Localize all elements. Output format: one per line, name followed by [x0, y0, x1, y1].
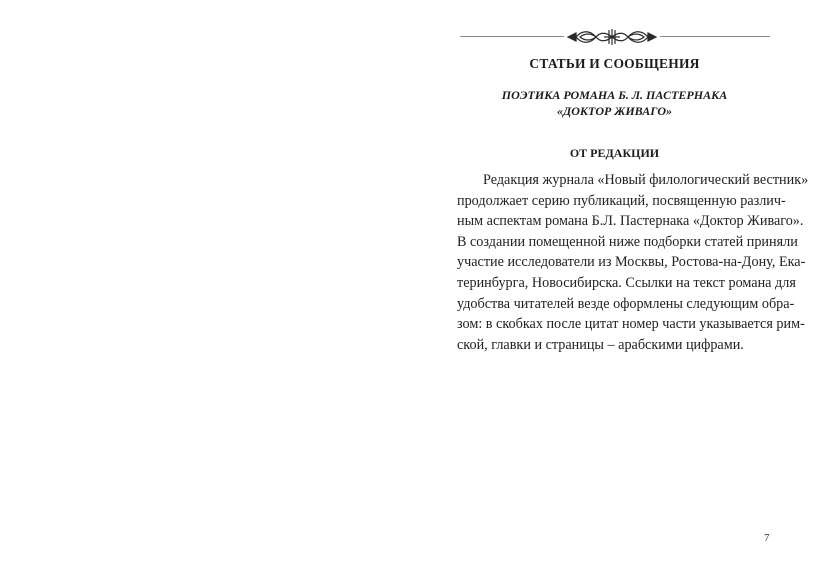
paragraph-line: продолжает серию публикаций, посвященную…	[457, 191, 770, 212]
paragraph-line: Редакция журнала «Новый филологический в…	[457, 170, 770, 191]
left-page-blank	[0, 0, 410, 582]
editorial-paragraph: Редакция журнала «Новый филологический в…	[457, 170, 770, 355]
right-page: СТАТЬИ И СООБЩЕНИЯ ПОЭТИКА РОМАНА Б. Л. …	[410, 0, 820, 582]
paragraph-line: зом: в скобках после цитат номер части у…	[457, 314, 770, 335]
book-spread: СТАТЬИ И СООБЩЕНИЯ ПОЭТИКА РОМАНА Б. Л. …	[0, 0, 820, 582]
article-title: ПОЭТИКА РОМАНА Б. Л. ПАСТЕРНАКА «ДОКТОР …	[457, 87, 772, 119]
article-title-line-1: ПОЭТИКА РОМАНА Б. Л. ПАСТЕРНАКА	[457, 87, 772, 103]
paragraph-line: ным аспектам романа Б.Л. Пастернака «Док…	[457, 211, 770, 232]
section-title: СТАТЬИ И СООБЩЕНИЯ	[457, 56, 772, 72]
ornament-divider-icon	[566, 28, 658, 46]
paragraph-line: участие исследователи из Москвы, Ростова…	[457, 252, 770, 273]
paragraph-line: В создании помещенной ниже подборки стат…	[457, 232, 770, 253]
article-title-line-2: «ДОКТОР ЖИВАГО»	[457, 103, 772, 119]
paragraph-line: теринбурга, Новосибирска. Ссылки на текс…	[457, 273, 770, 294]
page-number: 7	[764, 532, 770, 544]
paragraph-line: ской, главки и страницы – арабскими цифр…	[457, 335, 770, 356]
paragraph-line: удобства читателей везде оформлены следу…	[457, 294, 770, 315]
header-rule-left	[460, 36, 564, 37]
header-rule-right	[660, 36, 770, 37]
editorial-subheading: ОТ РЕДАКЦИИ	[457, 146, 772, 161]
